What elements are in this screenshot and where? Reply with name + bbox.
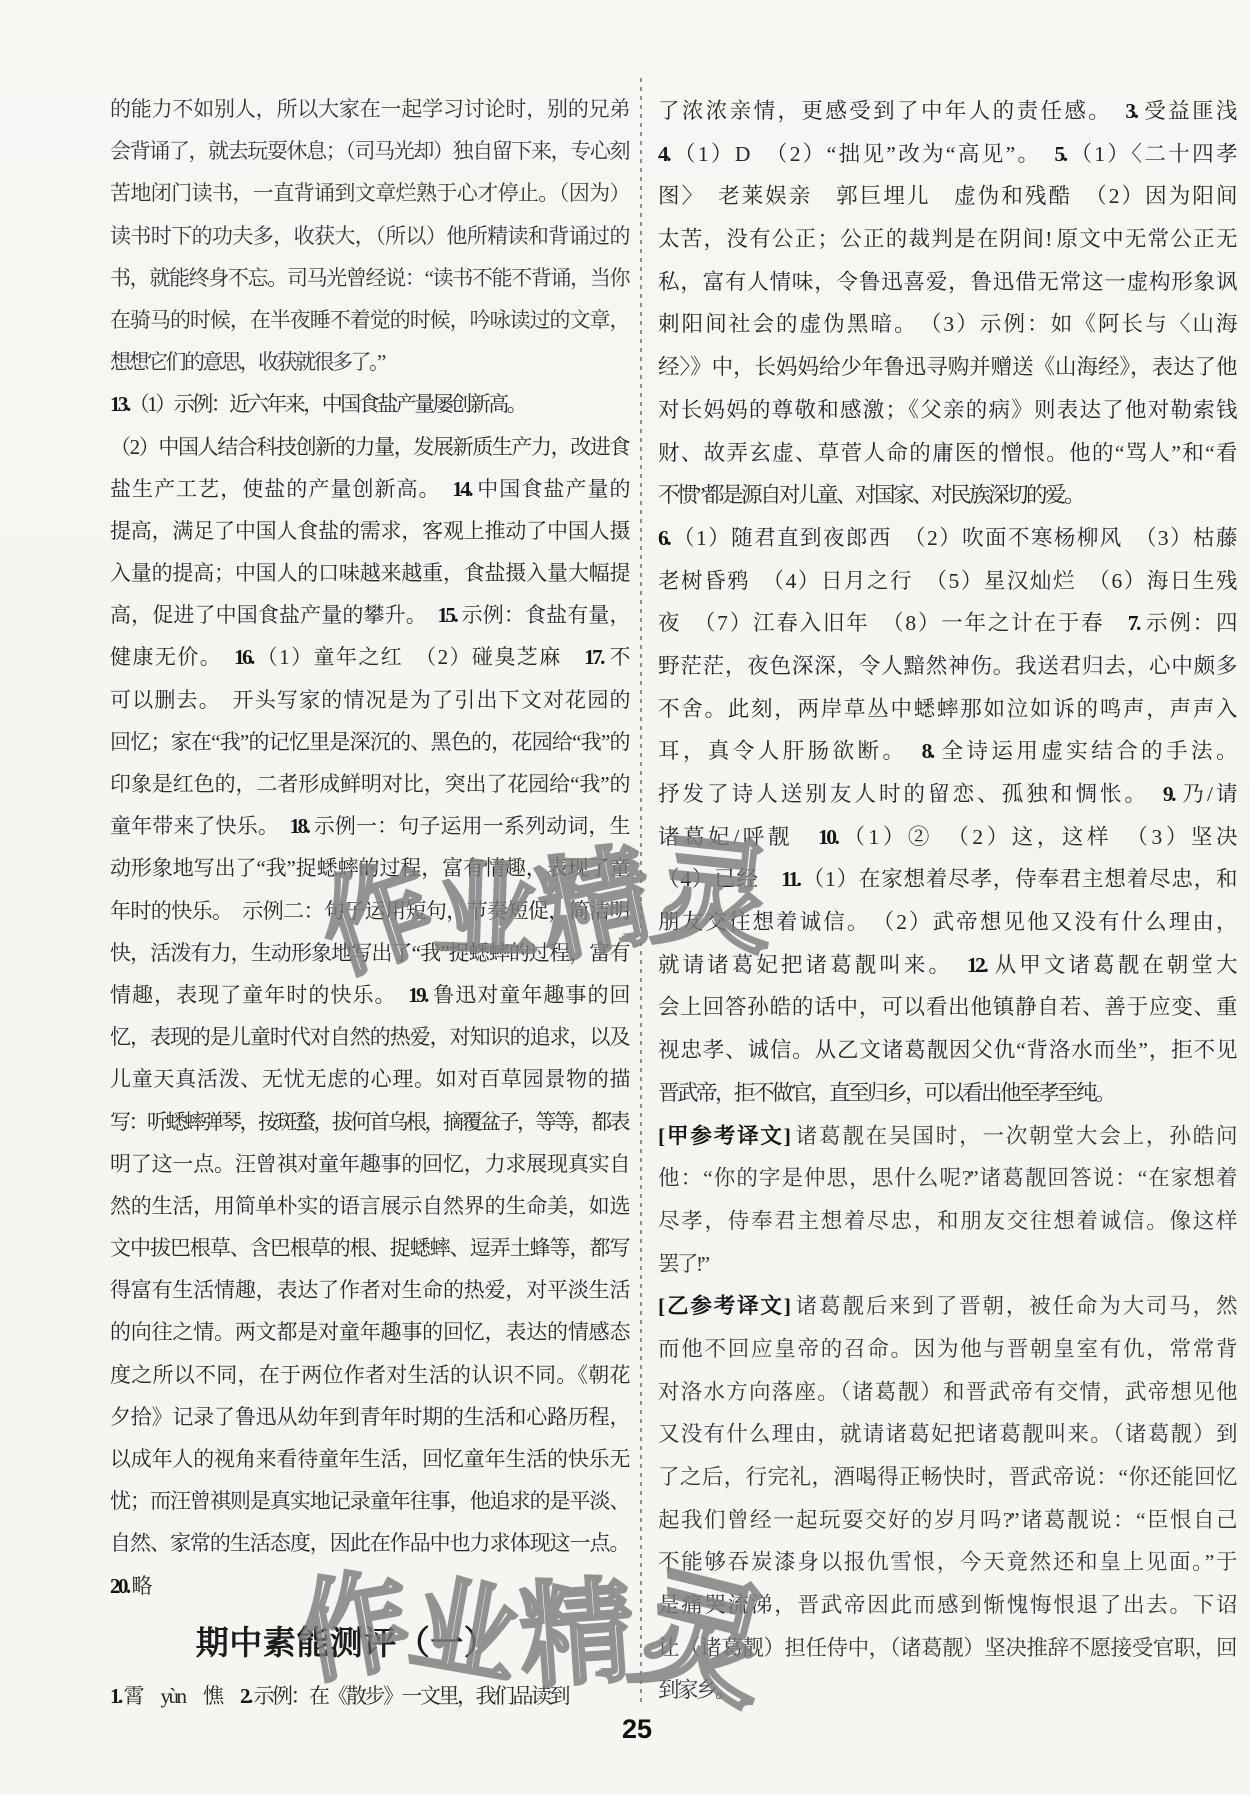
text-line: 提高，满足了中国人食盐的需求，客观上推动了中国人摄	[110, 510, 628, 552]
right-column: 了浓浓亲情，更感受到了中年人的责任感。 3. 受益匪浅4.（1）D （2）“拙见…	[658, 90, 1235, 1712]
text-line: 尽孝，侍奉君主想着尽忠，和朋友交往想着诚信。像这样	[658, 1200, 1235, 1243]
text-line: 苦地闭门读书，一直背诵到文章烂熟于心才停止。（因为）	[110, 172, 628, 214]
text-line: 童年带来了快乐。 18. 示例一：句子运用一系列动词，生	[110, 805, 628, 847]
text-line: 到家乡。	[658, 1669, 1235, 1712]
text-line: 想想它们的意思，收获就很多了。”	[110, 341, 628, 383]
section-heading: 期中素能测评（一）	[110, 1621, 628, 1667]
text-line: 儿童天真活泼、无忧无虑的心理。如对百草园景物的描	[110, 1058, 628, 1100]
text-line: 抒发了诗人送别友人时的留恋、孤独和惆怅。 9. 乃/请	[658, 773, 1235, 816]
text-line: 诸葛妃/呼靓 10.（1）② （2）这，这样 （3）坚决	[658, 816, 1235, 859]
text-line: 书，就能终身不忘。司马光曾经说：“读书不能不背诵，当你	[110, 257, 628, 299]
text-line: 太苦，没有公正；公正的裁判是在阴间! 原文中无常公正无	[658, 218, 1235, 261]
text-line: 的能力不如别人，所以大家在一起学习讨论时，别的兄弟	[110, 88, 628, 130]
text-line: 得富有生活情趣，表达了作者对生命的热爱，对平淡生活	[110, 1269, 628, 1311]
text-line: 6.（1）随君直到夜郎西 （2）吹面不寒杨柳风 （3）枯藤	[658, 517, 1235, 560]
text-line: 13.（1）示例：近六年来，中国食盐产量屡创新高。	[110, 383, 628, 425]
text-line: 刺阳间社会的虚伪黑暗。 （3）示例：如《阿长与〈山海	[658, 303, 1235, 346]
text-line: 会背诵了，就去玩耍休息；（司马光却）独自留下来，专心刻	[110, 130, 628, 172]
text-line: 可以删去。 开头写家的情况是为了引出下文对花园的	[110, 679, 628, 721]
text-line: 自然、家常的生活态度，因此在作品中也力求体现这一点。	[110, 1522, 628, 1564]
text-line: 然的生活，用简单朴实的语言展示自然界的生命美，如选	[110, 1185, 628, 1227]
text-line: 让（诸葛靓）担任侍中，（诸葛靓）坚决推辞不愿接受官职，回	[658, 1627, 1235, 1670]
text-line: 对长妈妈的尊敬和感激；《父亲的病》则表达了他对勒索钱	[658, 389, 1235, 432]
text-line: 明了这一点。汪曾祺对童年趣事的回忆，力求展现真实自	[110, 1143, 628, 1185]
text-line: 以成年人的视角来看待童年生活，回忆童年生活的快乐无	[110, 1438, 628, 1480]
text-line: 罢了!”	[658, 1243, 1235, 1286]
text-line: 视忠孝、诚信。从乙文诸葛靓因父仇“背洛水而坐”，拒不见	[658, 1029, 1235, 1072]
answer-book-page: 的能力不如别人，所以大家在一起学习讨论时，别的兄弟会背诵了，就去玩耍休息；（司马…	[0, 0, 1250, 1795]
text-line: 在骑马的时候，在半夜睡不着觉的时候，吟咏读过的文章，	[110, 299, 628, 341]
text-line: 耳，真令人肝肠欲断。 8. 全诗运用虚实结合的手法。	[658, 730, 1235, 773]
text-line: 朋友交往想着诚信。 （2）武帝想见他又没有什么理由，	[658, 901, 1235, 944]
page-number: 25	[597, 1714, 677, 1745]
text-line: 读书时下的功夫多，收获大，（所以）他所精读和背诵过的	[110, 215, 628, 257]
text-line: 的向往之情。两文都是对童年趣事的回忆，表达的情感态	[110, 1311, 628, 1353]
text-line: 4.（1）D （2）“拙见”改为“高见”。 5.（1）〈二十四孝	[658, 133, 1235, 176]
text-line: 不舍。此刻，两岸草丛中蟋蟀那如泣如诉的鸣声，声声入	[658, 688, 1235, 731]
text-line: 写：听蟋蟀弹琴，按斑蝥，拔何首乌根，摘覆盆子，等等，都表	[110, 1101, 628, 1143]
text-line: 了浓浓亲情，更感受到了中年人的责任感。 3. 受益匪浅	[658, 90, 1235, 133]
text-line: [乙参考译文] 诸葛靓后来到了晋朝，被任命为大司马，然	[658, 1285, 1235, 1328]
text-line: 回忆；家在“我”的记忆里是深沉的、黑色的，花园给“我”的	[110, 721, 628, 763]
text-line: 健康无价。 16.（1）童年之红 （2）碰臭芝麻 17. 不	[110, 636, 628, 678]
text-line: 快，活泼有力，生动形象地写出了“我”捉蟋蟀的过程，富有	[110, 932, 628, 974]
left-column: 的能力不如别人，所以大家在一起学习讨论时，别的兄弟会背诵了，就去玩耍休息；（司马…	[110, 88, 628, 1717]
text-line: 文中拔巴根草、含巴根草的根、捉蟋蟀、逗弄土蜂等，都写	[110, 1227, 628, 1269]
text-line: 夕拾》记录了鲁迅从幼年到青年时期的生活和心路历程，	[110, 1396, 628, 1438]
text-line: 起我们曾经一起玩耍交好的岁月吗?”诸葛靓说：“臣恨自己	[658, 1499, 1235, 1542]
text-line: 会上回答孙皓的话中，可以看出他镇静自若、善于应变、重	[658, 986, 1235, 1029]
text-line: 他：“你的字是仲思，思什么呢?”诸葛靓回答说：“在家想着	[658, 1157, 1235, 1200]
right-column-lines: 了浓浓亲情，更感受到了中年人的责任感。 3. 受益匪浅4.（1）D （2）“拙见…	[658, 90, 1235, 1712]
text-line: 又没有什么理由，就请诸葛妃把诸葛靓叫来。（诸葛靓）到	[658, 1413, 1235, 1456]
text-line: 1. 霄 yùn 憔 2. 示例：在《散步》一文里，我们品读到	[110, 1675, 628, 1717]
text-line: 图〉 老莱娱亲 郭巨埋儿 虚伪和残酷 （2）因为阳间	[658, 175, 1235, 218]
text-line: 20. 略	[110, 1565, 628, 1607]
text-line: 了之后，行完礼，酒喝得正畅快时，晋武帝说：“你还能回忆	[658, 1456, 1235, 1499]
text-line: 而他不回应皇帝的召命。因为他与晋朝皇室有仇，常常背	[658, 1328, 1235, 1371]
text-line: 度之所以不同，在于两位作者对生活的认识不同。《朝花	[110, 1354, 628, 1396]
text-line: 就请诸葛妃把诸葛靓叫来。 12. 从甲文诸葛靓在朝堂大	[658, 944, 1235, 987]
text-line: 忧；而汪曾祺则是真实地记录童年往事，他追求的是平淡、	[110, 1480, 628, 1522]
text-line: 入量的提高；中国人的口味越来越重，食盐摄入量大幅提	[110, 552, 628, 594]
text-line: 私，富有人情味，令鲁迅喜爱，鲁迅借无常这一虚构形象讽	[658, 261, 1235, 304]
text-line: 对洛水方向落座。（诸葛靓）和晋武帝有交情，武帝想见他	[658, 1371, 1235, 1414]
text-line: 高，促进了中国食盐产量的攀升。 15. 示例：食盐有量，	[110, 594, 628, 636]
text-line: 老树昏鸦 （4）日月之行 （5）星汉灿烂 （6）海日生残	[658, 560, 1235, 603]
left-column-lines: 的能力不如别人，所以大家在一起学习讨论时，别的兄弟会背诵了，就去玩耍休息；（司马…	[110, 88, 628, 1607]
text-line: 经〉》中，长妈妈给少年鲁迅寻购并赠送《山海经》，表达了他	[658, 346, 1235, 389]
column-divider	[640, 78, 642, 1706]
text-line: 动形象地写出了“我”捉蟋蟀的过程，富有情趣，表现了童	[110, 847, 628, 889]
left-column-tail-lines: 1. 霄 yùn 憔 2. 示例：在《散步》一文里，我们品读到	[110, 1675, 628, 1717]
text-line: 忆，表现的是儿童时代对自然的热爱，对知识的追求，以及	[110, 1016, 628, 1058]
text-line: 晋武帝，拒不做官，直至归乡，可以看出他至孝至纯。	[658, 1072, 1235, 1115]
text-line: 是痛哭流涕，晋武帝因此而感到惭愧悔恨退了出去。下诏	[658, 1584, 1235, 1627]
text-line: （2）中国人结合科技创新的力量，发展新质生产力，改进食	[110, 426, 628, 468]
text-line: 财、故弄玄虚、草菅人命的庸医的憎恨。他的“骂人”和“看	[658, 432, 1235, 475]
text-line: 年时的快乐。 示例二：句子运用短句，节奏短促，简洁明	[110, 890, 628, 932]
text-line: （4）已经 11.（1）在家想着尽孝，侍奉君主想着尽忠，和	[658, 858, 1235, 901]
text-line: 夜 （7）江春入旧年 （8）一年之计在于春 7. 示例：四	[658, 602, 1235, 645]
text-line: 不能够吞炭漆身以报仇雪恨，今天竟然还和皇上见面。”于	[658, 1541, 1235, 1584]
text-line: 盐生产工艺，使盐的产量创新高。 14. 中国食盐产量的	[110, 468, 628, 510]
text-line: [甲参考译文] 诸葛靓在吴国时，一次朝堂大会上，孙皓问	[658, 1115, 1235, 1158]
text-line: 野茫茫，夜色深深，令人黯然神伤。我送君归去，心中颇多	[658, 645, 1235, 688]
text-line: 情趣，表现了童年时的快乐。 19. 鲁迅对童年趣事的回	[110, 974, 628, 1016]
text-line: 印象是红色的，二者形成鲜明对比，突出了花园给“我”的	[110, 763, 628, 805]
text-line: 不惯”都是源自对儿童、对国家、对民族深切的爱。	[658, 474, 1235, 517]
